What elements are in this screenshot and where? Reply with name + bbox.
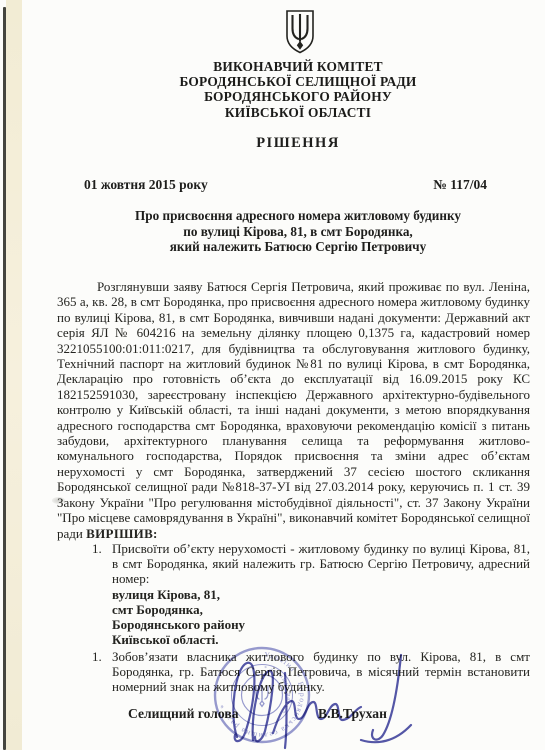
item-text: Присвоїти об’єкту нерухомості - житловом… bbox=[112, 541, 530, 647]
document-type-heading: РІШЕННЯ bbox=[53, 135, 543, 152]
authority-line: ВИКОНАВЧИЙ КОМІТЕТ bbox=[53, 59, 543, 74]
scan-edge-strip bbox=[6, 0, 22, 750]
subject-line: по вулиці Кірова, 81, в смт Бородянка, bbox=[53, 224, 543, 240]
resolution-item: 1. Присвоїти об’єкту нерухомості - житло… bbox=[92, 541, 530, 647]
resolved-keyword: ВИРІШИВ: bbox=[86, 526, 158, 541]
handwritten-signature bbox=[215, 645, 415, 750]
subject-line: Про присвоєння адресного номера житловом… bbox=[53, 208, 543, 224]
preamble-text: Розглянувши заяву Батюся Сергія Петрович… bbox=[57, 279, 530, 541]
document-date: 01 жовтня 2015 року bbox=[84, 177, 208, 193]
authority-line: БОРОДЯНСЬКОГО РАЙОНУ bbox=[53, 89, 543, 104]
subject-line: який належить Батюсю Сергію Петровичу bbox=[53, 239, 543, 255]
authority-line: КИЇВСЬКОЇ ОБЛАСТІ bbox=[53, 105, 543, 120]
item-number: 1. bbox=[92, 541, 112, 647]
item-number: 1. bbox=[92, 649, 112, 695]
address-line: смт Бородянка, bbox=[112, 602, 530, 617]
date-number-row: 01 жовтня 2015 року № 117/04 bbox=[84, 177, 487, 193]
authority-line: БОРОДЯНСЬКОЇ СЕЛИЩНОЇ РАДИ bbox=[53, 74, 543, 89]
item-text-body: Присвоїти об’єкту нерухомості - житловом… bbox=[112, 541, 530, 586]
ukraine-trident-emblem bbox=[284, 9, 316, 54]
address-line: Бородянського району bbox=[112, 617, 530, 632]
issuing-authority: ВИКОНАВЧИЙ КОМІТЕТ БОРОДЯНСЬКОЇ СЕЛИЩНОЇ… bbox=[53, 59, 543, 120]
preamble-paragraph: Розглянувши заяву Батюся Сергія Петрович… bbox=[57, 279, 530, 541]
document-subject: Про присвоєння адресного номера житловом… bbox=[53, 208, 543, 255]
scanned-document-page: ВИКОНАВЧИЙ КОМІТЕТ БОРОДЯНСЬКОЇ СЕЛИЩНОЇ… bbox=[0, 0, 545, 750]
address-line: вулиця Кірова, 81, bbox=[112, 587, 530, 602]
document-number: № 117/04 bbox=[433, 177, 487, 193]
trident-tip bbox=[297, 41, 303, 50]
